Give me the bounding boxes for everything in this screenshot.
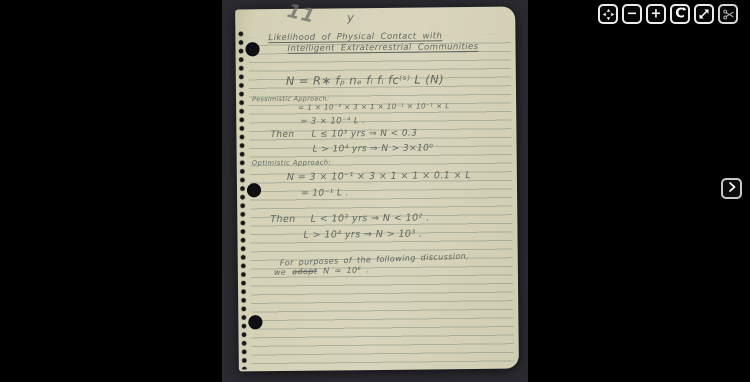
closing-we: we [274,268,287,277]
rotate-button[interactable]: C [670,4,690,24]
handwriting-pessimistic-case2: L > 10⁴ yrs ⇒ N > 3×10⁰ [313,143,434,154]
next-page-button[interactable] [721,178,742,199]
handwriting-optimistic-then: Then L < 10³ yrs ⇒ N < 10² . [270,212,429,225]
handwriting-optimistic-calc1: N = 3 × 10⁻¹ × 3 × 1 × 1 × 0.1 × L [287,170,471,183]
chevron-right-icon [726,181,738,196]
closing-adopted-value: N ≈ 10⁶ . [323,265,369,275]
scissors-icon [722,8,735,21]
optimistic-case1: L < 10³ yrs ⇒ N < 10² . [311,212,430,224]
page-number-mark: 11 [285,0,318,28]
handwriting-pessimistic-then: Then L ≤ 10³ yrs ⇒ N < 0.3 [270,129,417,141]
then-word: Then [270,214,295,225]
handwriting-pessimistic-calc1: = 1 × 10⁻² × 3 × 1 × 10⁻¹ × 10⁻¹ × L [298,101,450,112]
spiral-perforations [236,29,250,369]
punch-hole [248,315,262,329]
plus-icon: + [651,7,662,20]
handwriting-optimistic-calc2: = 10⁻¹ L . [301,188,349,199]
then-word: Then [270,130,294,140]
crop-button[interactable] [718,4,738,24]
zoom-out-button[interactable]: − [622,4,642,24]
handwriting-title-line2: Intelligent Extraterrestrial Communities [287,42,478,54]
viewer-toolbar: − + C [598,4,738,24]
punch-hole [245,42,259,56]
move-icon [602,8,615,21]
closing-struck-word: adopt [292,267,317,277]
caret-mark: y [347,11,354,24]
punch-hole [247,183,261,197]
minus-icon: − [627,7,638,20]
handwriting-optimistic-label: Optimistic Approach: [252,158,332,167]
handwriting-title-line1: Likelihood of Physical Contact with [268,31,442,43]
expand-button[interactable] [694,4,714,24]
document-viewport[interactable]: 11 y Likelihood of Physical Contact with… [222,0,528,382]
zoom-in-button[interactable]: + [646,4,666,24]
pessimistic-case1: L ≤ 10³ yrs ⇒ N < 0.3 [311,129,417,140]
expand-icon [698,8,710,20]
manuscript-page: 11 y Likelihood of Physical Contact with… [235,7,519,372]
handwriting-optimistic-case2: L > 10⁴ yrs ⇒ N > 10³ . [303,229,422,241]
handwriting-pessimistic-calc2: = 3 × 10⁻⁴ L . [300,116,365,127]
pan-button[interactable] [598,4,618,24]
handwriting-drake-equation: N = R∗ fₚ nₑ fₗ fᵢ fc⁽ˢ⁾ L (N) [286,72,444,88]
